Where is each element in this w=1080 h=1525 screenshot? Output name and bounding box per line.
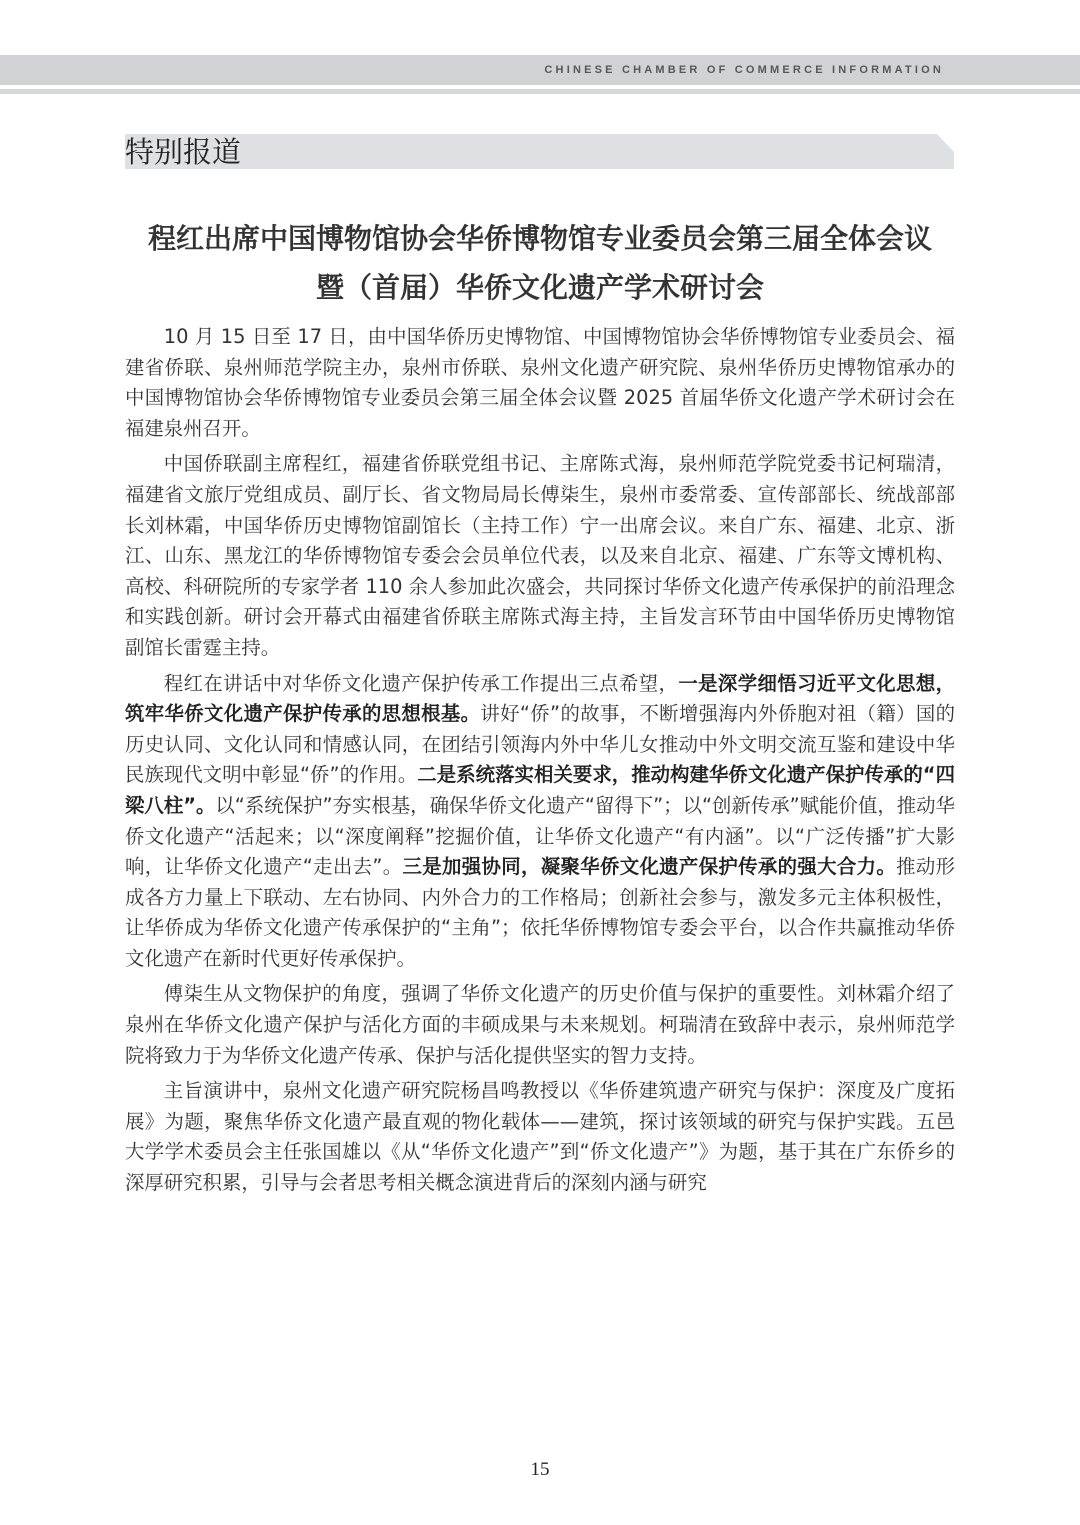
paragraph-text: 主旨演讲中，泉州文化遗产研究院杨昌鸣教授以《华侨建筑遗产研究与保护：深度及广度拓… [125,1079,955,1194]
paragraph-1: 10 月 15 日至 17 日，由中国华侨历史博物馆、中国博物馆协会华侨博物馆专… [125,322,955,444]
masthead-divider [0,89,1080,94]
paragraph-4: 傅柒生从文物保护的角度，强调了华侨文化遗产的历史价值与保护的重要性。刘林霜介绍了… [125,979,955,1071]
article-body: 10 月 15 日至 17 日，由中国华侨历史博物馆、中国博物馆协会华侨博物馆专… [125,322,955,1199]
article-headline-line2: 暨（首届）华侨文化遗产学术研讨会 [125,262,955,314]
paragraph-5: 主旨演讲中，泉州文化遗产研究院杨昌鸣教授以《华侨建筑遗产研究与保护：深度及广度拓… [125,1076,955,1198]
paragraph-text: 程红在讲话中对华侨文化遗产保护传承工作提出三点希望， [164,672,679,695]
paragraph-text: 中国侨联副主席程红，福建省侨联党组书记、主席陈式海，泉州师范学院党委书记柯瑞清，… [125,452,955,659]
section-banner [125,134,954,169]
section-title: 特别报道 [125,133,241,171]
paragraph-text: 傅柒生从文物保护的角度，强调了华侨文化遗产的历史价值与保护的重要性。刘林霜介绍了… [125,982,955,1066]
paragraph-text: 10 月 15 日至 17 日，由中国华侨历史博物馆、中国博物馆协会华侨博物馆专… [125,325,955,440]
publication-name: CHINESE CHAMBER OF COMMERCE INFORMATION [544,64,944,76]
paragraph-3: 程红在讲话中对华侨文化遗产保护传承工作提出三点希望，一是深学细悟习近平文化思想，… [125,669,955,975]
article-headline-line1: 程红出席中国博物馆协会华侨博物馆专业委员会第三届全体会议 [125,213,955,265]
paragraph-2: 中国侨联副主席程红，福建省侨联党组书记、主席陈式海，泉州师范学院党委书记柯瑞清，… [125,449,955,663]
key-point-3: 三是加强协同，凝聚华侨文化遗产保护传承的强大合力。 [403,855,897,878]
page-number: 15 [0,1459,1080,1481]
